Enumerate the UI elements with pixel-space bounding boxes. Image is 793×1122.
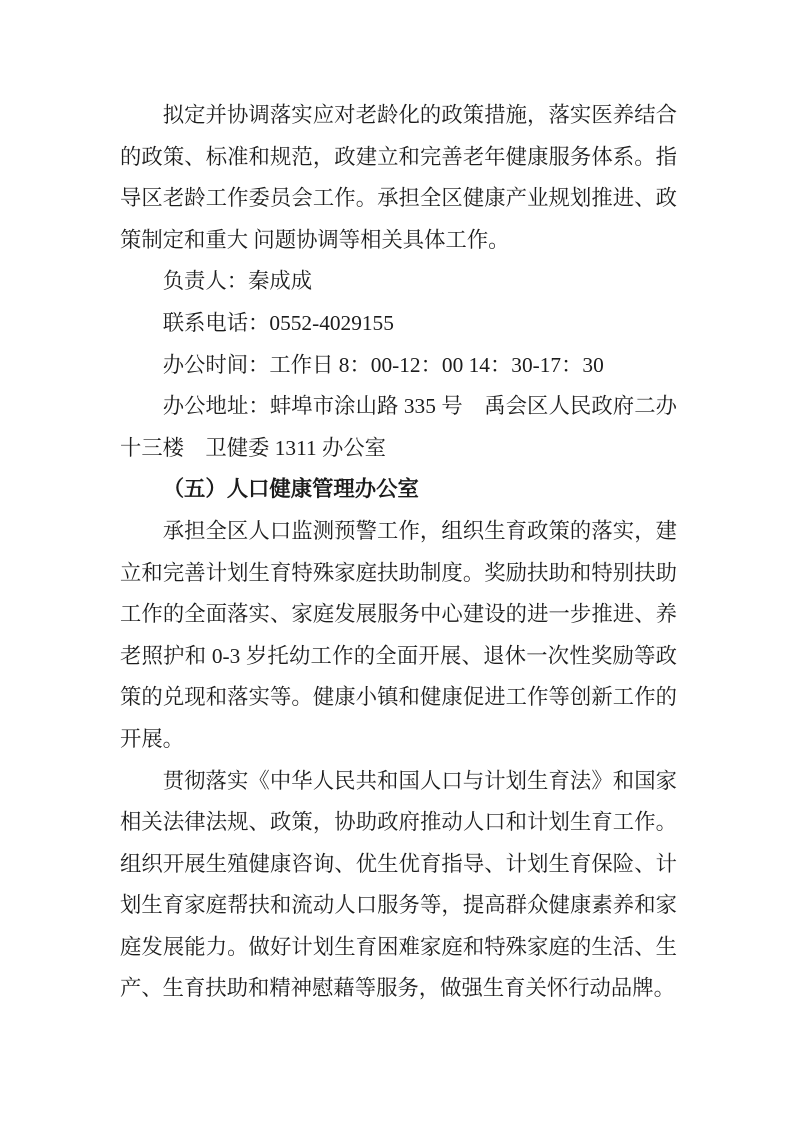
- text-line: 导区老龄工作委员会工作。承担全区健康产业规划推进、政: [120, 178, 677, 220]
- text-line: 办公时间：工作日 8：00-12：00 14：30-17：30: [120, 345, 677, 387]
- text-line: 的政策、标准和规范，政建立和完善老年健康服务体系。指: [120, 137, 677, 179]
- paragraph-family-planning: 贯彻落实《中华人民共和国人口与计划生育法》和国家 相关法律法规、政策，协助政府推…: [120, 761, 677, 1011]
- contact-person-line: 负责人：秦成成: [120, 261, 677, 303]
- document-content: 拟定并协调落实应对老龄化的政策措施，落实医养结合 的政策、标准和规范，政建立和完…: [120, 95, 677, 1010]
- text-line: 相关法律法规、政策，协助政府推动人口和计划生育工作。: [120, 802, 677, 844]
- contact-phone-line: 联系电话：0552-4029155: [120, 303, 677, 345]
- text-line: 承担全区人口监测预警工作，组织生育政策的落实，建: [120, 511, 677, 553]
- heading-text: （五）人口健康管理办公室: [120, 469, 677, 511]
- text-line: 庭发展能力。做好计划生育困难家庭和特殊家庭的生活、生: [120, 927, 677, 969]
- text-line: 十三楼 卫健委 1311 办公室: [120, 428, 677, 470]
- document-page: 拟定并协调落实应对老龄化的政策措施，落实医养结合 的政策、标准和规范，政建立和完…: [0, 0, 793, 1122]
- text-line: 策制定和重大 问题协调等相关具体工作。: [120, 220, 677, 262]
- text-line: 策的兑现和落实等。健康小镇和健康促进工作等创新工作的: [120, 677, 677, 719]
- office-hours-line: 办公时间：工作日 8：00-12：00 14：30-17：30: [120, 345, 677, 387]
- text-line: 工作的全面落实、家庭发展服务中心建设的进一步推进、养: [120, 594, 677, 636]
- text-line: 老照护和 0-3 岁托幼工作的全面开展、退休一次性奖励等政: [120, 636, 677, 678]
- paragraph-population-duties: 承担全区人口监测预警工作，组织生育政策的落实，建 立和完善计划生育特殊家庭扶助制…: [120, 511, 677, 761]
- text-line: 划生育家庭帮扶和流动人口服务等，提高群众健康素养和家: [120, 885, 677, 927]
- text-line: 联系电话：0552-4029155: [120, 303, 677, 345]
- text-line: 贯彻落实《中华人民共和国人口与计划生育法》和国家: [120, 761, 677, 803]
- text-line: 产、生育扶助和精神慰藉等服务，做强生育关怀行动品牌。: [120, 968, 677, 1010]
- paragraph-aging-policy: 拟定并协调落实应对老龄化的政策措施，落实医养结合 的政策、标准和规范，政建立和完…: [120, 95, 677, 261]
- section-heading-5: （五）人口健康管理办公室: [120, 469, 677, 511]
- text-line: 拟定并协调落实应对老龄化的政策措施，落实医养结合: [120, 95, 677, 137]
- text-line: 开展。: [120, 719, 677, 761]
- text-line: 办公地址：蚌埠市涂山路 335 号 禹会区人民政府二办: [120, 386, 677, 428]
- text-line: 组织开展生殖健康咨询、优生优育指导、计划生育保险、计: [120, 844, 677, 886]
- office-address-paragraph: 办公地址：蚌埠市涂山路 335 号 禹会区人民政府二办 十三楼 卫健委 1311…: [120, 386, 677, 469]
- text-line: 负责人：秦成成: [120, 261, 677, 303]
- text-line: 立和完善计划生育特殊家庭扶助制度。奖励扶助和特别扶助: [120, 553, 677, 595]
